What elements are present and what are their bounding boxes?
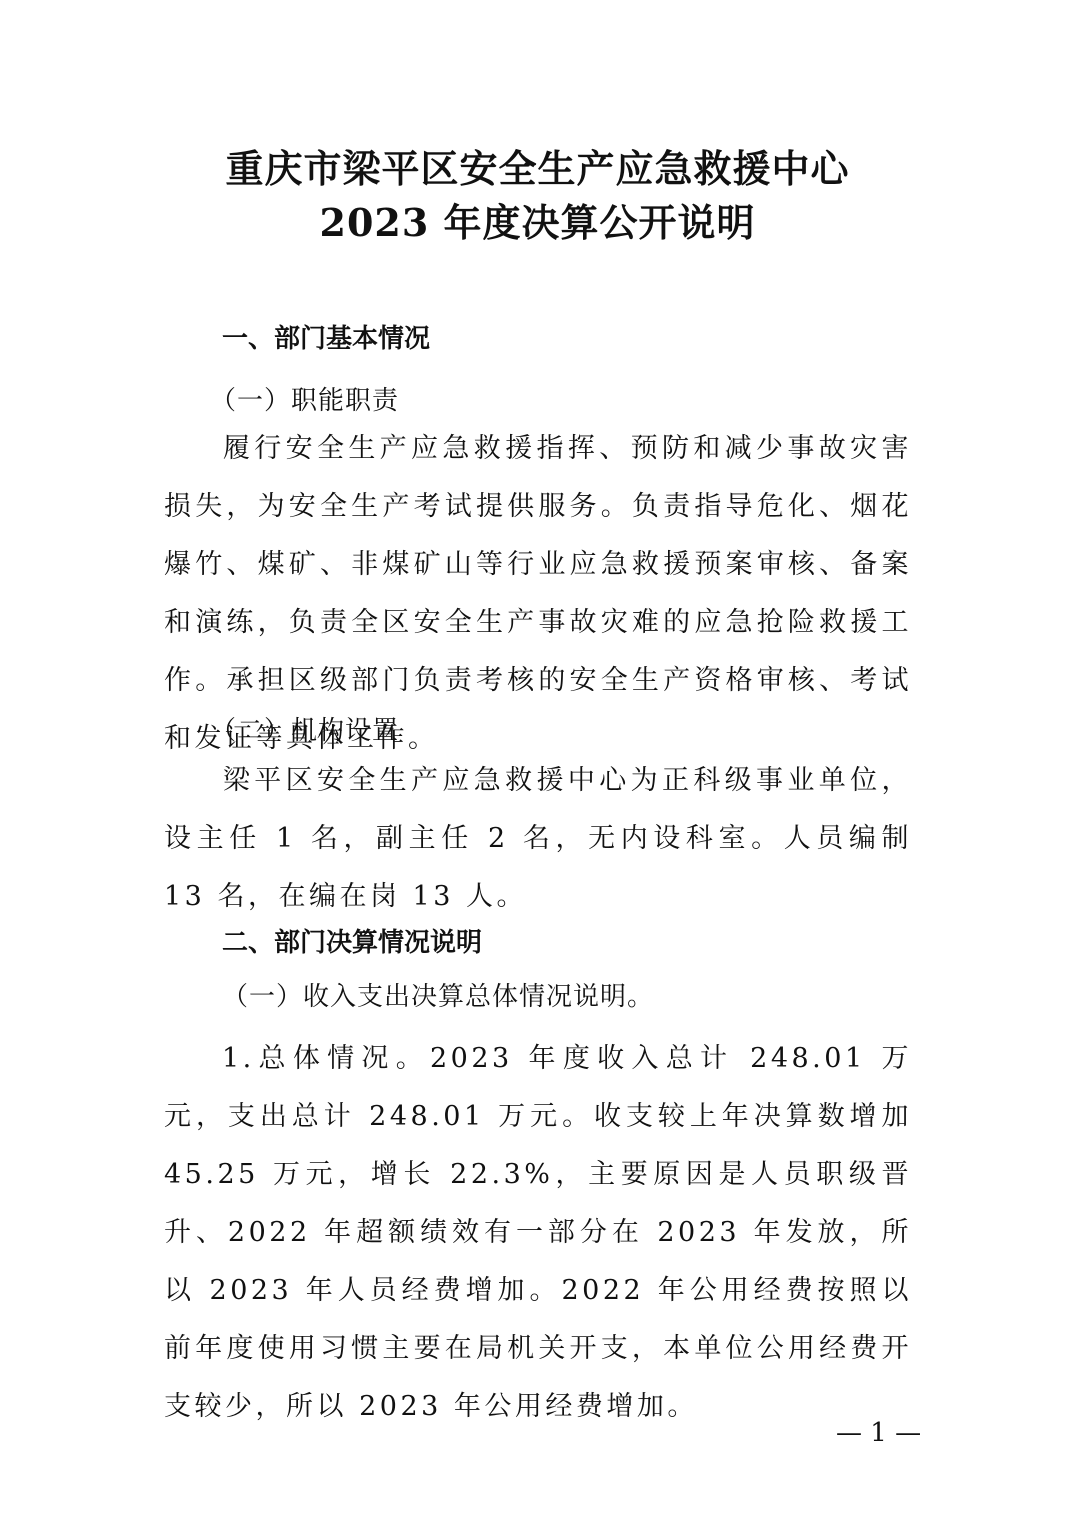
document-title-line-1: 重庆市梁平区安全生产应急救援中心 [0, 138, 1075, 193]
paragraph-overall: 1.总体情况。2023 年度收入总计 248.01 万元，支出总计 248.01… [164, 1030, 912, 1436]
subsection-heading-organization: （二）机构设置 [210, 710, 399, 747]
section-heading-2: 二、部门决算情况说明 [222, 922, 482, 959]
paragraph-duties-text: 履行安全生产应急救援指挥、预防和减少事故灾害损失，为安全生产考试提供服务。负责指… [164, 433, 912, 754]
paragraph-organization: 梁平区安全生产应急救援中心为正科级事业单位，设主任 1 名，副主任 2 名，无内… [164, 752, 912, 926]
page-number: — 1 — [836, 1418, 921, 1448]
section-heading-1: 一、部门基本情况 [222, 318, 430, 355]
subsection-heading-duties: （一）职能职责 [210, 380, 399, 417]
document-title-line-2: 2023 年度决算公开说明 [0, 192, 1075, 247]
paragraph-overall-text: 1.总体情况。2023 年度收入总计 248.01 万元，支出总计 248.01… [164, 1043, 912, 1422]
subsection-heading-overall: （一）收入支出决算总体情况说明。 [222, 976, 654, 1013]
paragraph-organization-text: 梁平区安全生产应急救援中心为正科级事业单位，设主任 1 名，副主任 2 名，无内… [164, 765, 912, 912]
